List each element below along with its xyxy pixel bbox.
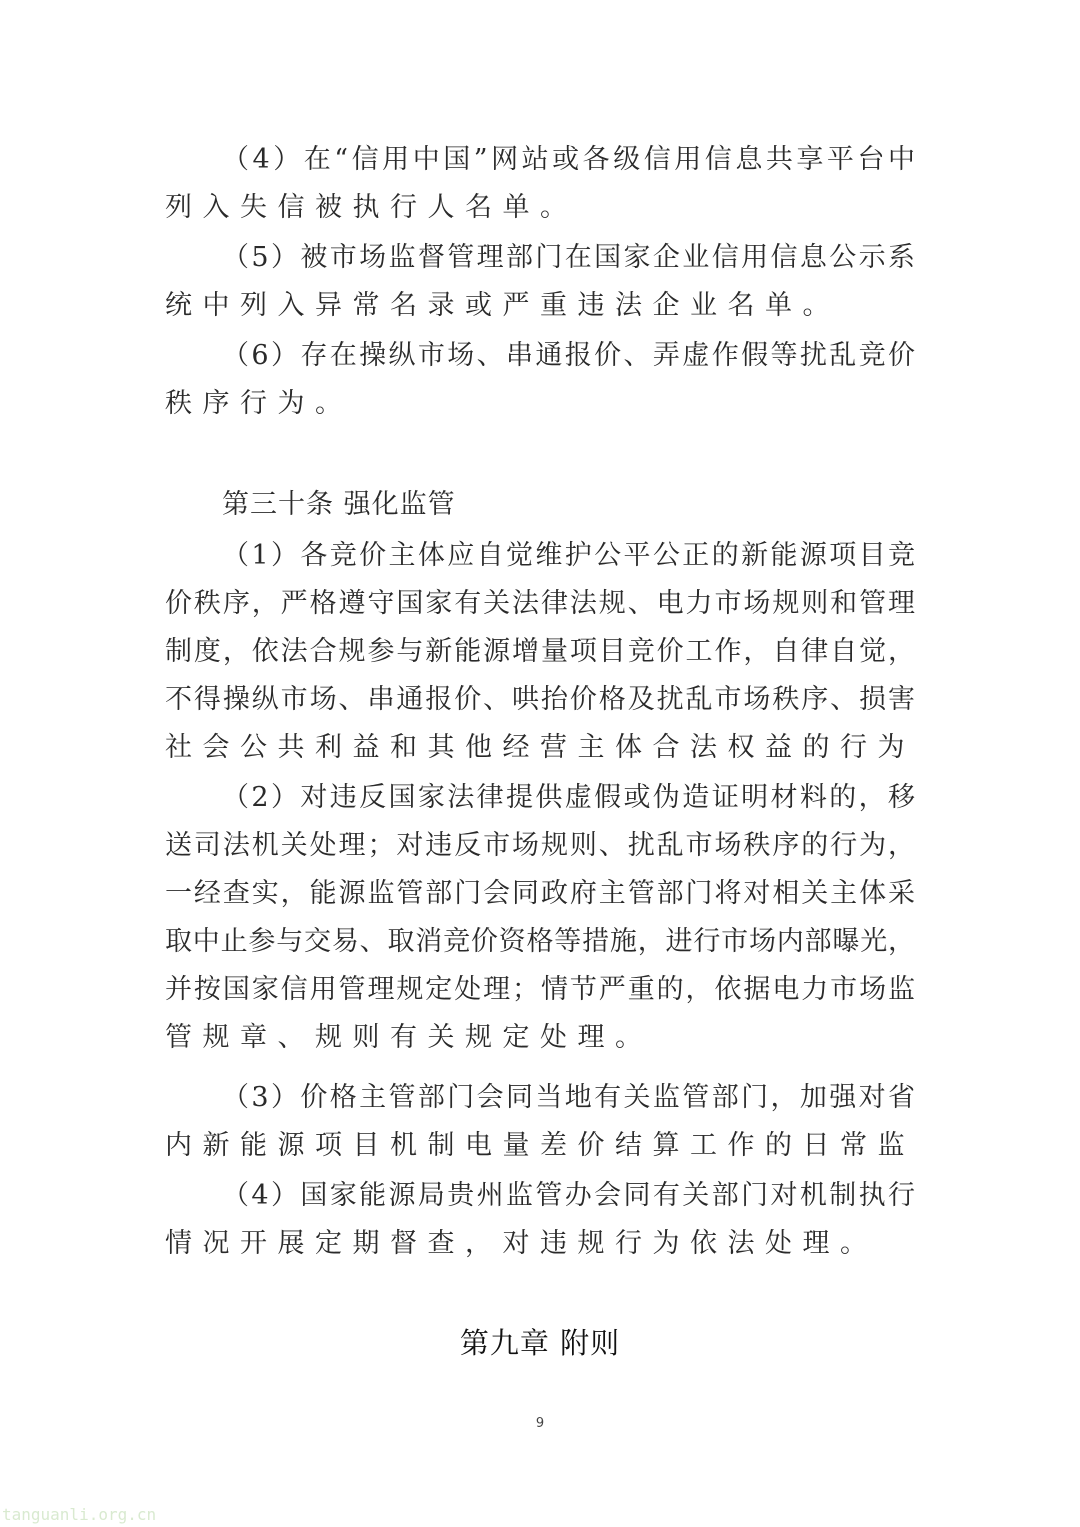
paragraph-line: （5）被市场监督管理部门在国家企业信用信息公示系 (222, 240, 915, 276)
paragraph-line: （2）对违反国家法律提供虚假或伪造证明材料的，移 (222, 780, 915, 816)
paragraph-line: 秩序行为。 (165, 386, 915, 422)
paragraph-line: 内新能源项目机制电量差价结算工作的日常监督。 (165, 1128, 915, 1164)
paragraph-line: 并按国家信用管理规定处理；情节严重的，依据电力市场监 (165, 972, 915, 1008)
paragraph-line: （4）在“信用中国”网站或各级信用信息共享平台中 (222, 142, 915, 178)
paragraph-line: 社会公共利益和其他经营主体合法权益的行为。 (165, 730, 915, 766)
paragraph-line: 管规章、规则有关规定处理。 (165, 1020, 915, 1056)
paragraph-line: （3）价格主管部门会同当地有关监管部门，加强对省 (222, 1080, 915, 1116)
paragraph-line: 情况开展定期督查，对违规行为依法处理。 (165, 1226, 915, 1262)
paragraph-line: 取中止参与交易、取消竞价资格等措施，进行市场内部曝光， (165, 924, 915, 960)
paragraph-line: 一经查实，能源监管部门会同政府主管部门将对相关主体采 (165, 876, 915, 912)
paragraph-line: 列入失信被执行人名单。 (165, 190, 915, 226)
paragraph-line: 不得操纵市场、串通报价、哄抬价格及扰乱市场秩序、损害 (165, 682, 915, 718)
paragraph-line: （4）国家能源局贵州监管办会同有关部门对机制执行 (222, 1178, 915, 1214)
document-page: （4）在“信用中国”网站或各级信用信息共享平台中 列入失信被执行人名单。 （5）… (0, 0, 1080, 1527)
paragraph-line: 统中列入异常名录或严重违法企业名单。 (165, 288, 915, 324)
paragraph-line: （6）存在操纵市场、串通报价、弄虚作假等扰乱竞价 (222, 338, 915, 374)
paragraph-line: 制度，依法合规参与新能源增量项目竞价工作，自律自觉， (165, 634, 915, 670)
paragraph-line: 价秩序，严格遵守国家有关法律法规、电力市场规则和管理 (165, 586, 915, 622)
watermark: tanguanli.org.cn (2, 1505, 156, 1524)
page-number: 9 (0, 1416, 1080, 1431)
article-heading: 第三十条 强化监管 (222, 487, 456, 523)
chapter-heading: 第九章 附则 (0, 1324, 1080, 1362)
paragraph-line: 送司法机关处理；对违反市场规则、扰乱市场秩序的行为， (165, 828, 915, 864)
paragraph-line: （1）各竞价主体应自觉维护公平公正的新能源项目竞 (222, 538, 915, 574)
